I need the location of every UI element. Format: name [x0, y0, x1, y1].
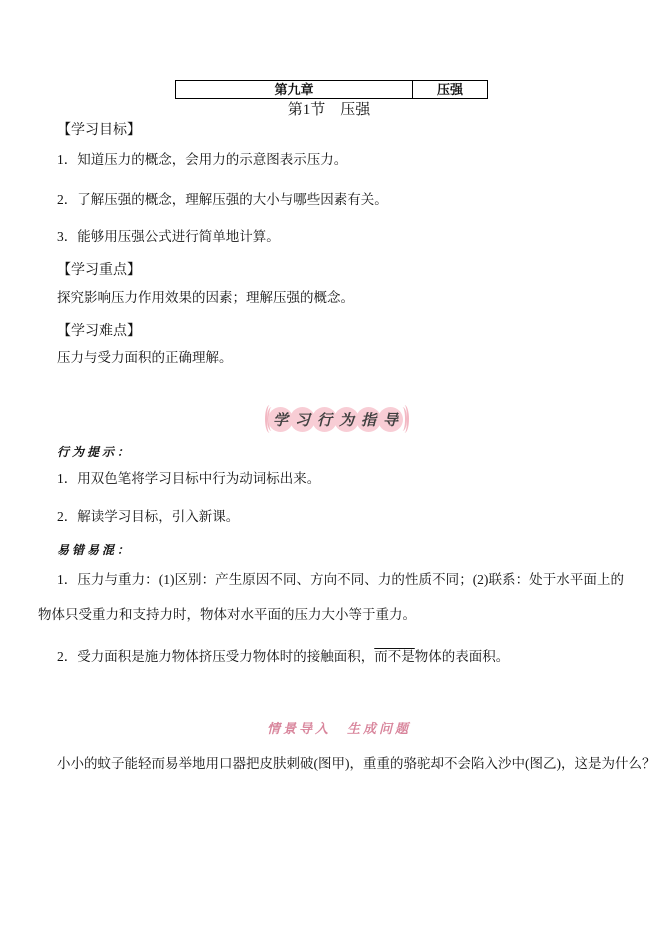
difficulties-text: 压力与受力面积的正确理解。 [57, 350, 233, 366]
confusion-item-2-prefix: 2．受力面积是施力物体挤压受力物体时的接触面积， [57, 649, 374, 664]
objectives-heading: 【学习目标】 [57, 123, 141, 139]
behavior-tip-2: 2．解读学习目标，引入新课。 [57, 509, 239, 525]
objective-item-1: 1．知道压力的概念，会用力的示意图表示压力。 [57, 152, 347, 168]
topic-cell: 压强 [413, 81, 488, 99]
confusion-item-2-suffix: 物体的表面积。 [415, 649, 510, 664]
section-title: 第1节 压强 [0, 101, 658, 119]
badge-right-arc-outer [400, 405, 409, 433]
behavior-tips-heading: 行为提示： [57, 444, 132, 460]
objective-item-2: 2．了解压强的概念，理解压强的大小与哪些因素有关。 [57, 192, 388, 208]
confusions-heading: 易错易混： [57, 542, 132, 558]
objective-item-3: 3．能够用压强公式进行简单地计算。 [57, 229, 280, 245]
key-points-heading: 【学习重点】 [57, 263, 141, 279]
worksheet-page: 第九章 压强 第1节 压强 【学习目标】 1．知道压力的概念，会用力的示意图表示… [0, 0, 658, 932]
behavior-tip-1: 1．用双色笔将学习目标中行为动词标出来。 [57, 471, 320, 487]
confusion-item-1: 1．压力与重力：(1)区别：产生原因不同、方向不同、力的性质不同；(2)联系：处… [38, 562, 624, 632]
key-points-text: 探究影响压力作用效果的因素；理解压强的概念。 [57, 290, 354, 306]
scenario-heading: 情景导入 生成问题 [267, 718, 411, 737]
difficulties-heading: 【学习难点】 [57, 324, 141, 340]
chapter-cell: 第九章 [176, 81, 413, 99]
chapter-header-table: 第九章 压强 [175, 80, 488, 99]
study-guide-badge: 学 习 行 为 指 导 [265, 404, 409, 434]
confusion-item-2-emphasis: 而不是 [374, 649, 415, 664]
chapter-header-row: 第九章 压强 [176, 81, 488, 99]
scenario-text: 小小的蚊子能轻而易举地用口器把皮肤刺破(图甲)，重重的骆驼却不会陷入沙中(图乙)… [57, 756, 655, 772]
confusion-item-2: 2．受力面积是施力物体挤压受力物体时的接触面积，而不是物体的表面积。 [57, 649, 509, 665]
